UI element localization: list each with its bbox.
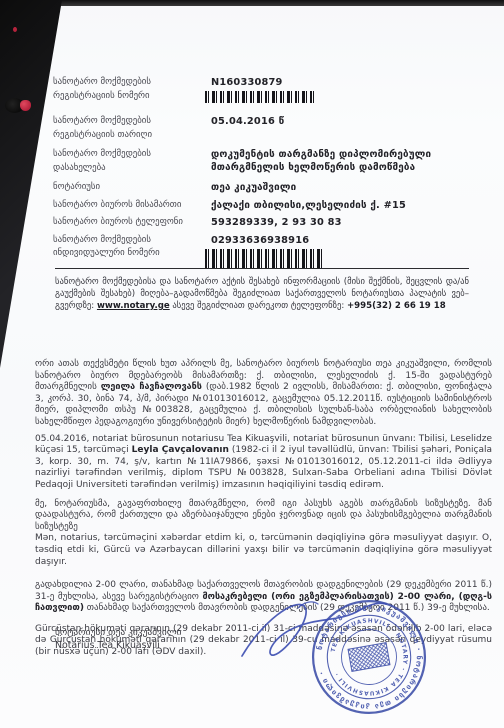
- registration-number-value: N160330879: [211, 76, 317, 89]
- registration-date-label: სანოტარო მოქმედების რეგისტრაციის თარიღი: [53, 115, 205, 142]
- notary-value: თეა კიკუაშვილი: [211, 181, 296, 194]
- individual-number-barcode: [205, 249, 323, 269]
- registration-date-value: 05.04.2016 წ: [211, 115, 284, 128]
- paragraph-georgian-attestation: ორი ათას თექვსმეტი წლის ხუთ აპრილს მე, ს…: [35, 359, 492, 429]
- verification-notice: სანოტარო მოქმედებისა და სანოტარო აქტის შ…: [55, 276, 469, 312]
- form-row-bureau-address: სანოტარო ბიუროს მისამართი ქალაქი თბილისი…: [53, 199, 483, 213]
- notary-website-link[interactable]: www.notary.ge: [97, 301, 170, 311]
- paragraph-georgian-warning: მე, ნოტარიუსმა, გავაფრთხილე მთარგმნელი, …: [35, 499, 492, 534]
- scanned-notary-document: სანოტარო მოქმედების რეგისტრაციის ნომერი …: [0, 0, 504, 728]
- form-row-bureau-phone: სანოტარო ბიუროს ტელეფონი 593289339, 2 93…: [53, 216, 483, 230]
- registration-number-label: სანოტარო მოქმედების რეგისტრაციის ნომერი: [53, 76, 205, 103]
- bureau-phone-label: სანოტარო ბიუროს ტელეფონი: [53, 216, 205, 230]
- signature-block: ნოტარიუსი თეა კიკუაშვილი Notarius Tea Ki…: [55, 627, 182, 652]
- registration-form: სანოტარო მოქმედების რეგისტრაციის ნომერი …: [53, 76, 483, 269]
- notary-name-latin: Notarius Tea Kikuaşvili: [55, 640, 182, 653]
- notary-signature: [228, 592, 403, 672]
- form-row-registration-date: სანოტარო მოქმედების რეგისტრაციის თარიღი …: [53, 115, 483, 142]
- notice-text-2: ასევე შეგიძლიათ დარეკოთ ტელეფონზე:: [170, 301, 347, 311]
- bureau-address-label: სანოტარო ბიუროს მისამართი: [53, 199, 205, 213]
- red-speck: [13, 27, 17, 32]
- translator-name-azerbaijani: Leyla Çavçalovanın: [132, 445, 229, 455]
- individual-number-value: 02933636938916: [211, 234, 323, 247]
- action-title-value: დოკუმენტის თარგმანზე დიპლომირებული მთარგ…: [211, 148, 431, 174]
- paragraph-azerbaijani-attestation: 05.04.2016, notariat bürosunun notariusu…: [35, 434, 492, 492]
- notary-name-georgian: ნოტარიუსი თეა კიკუაშვილი: [55, 627, 182, 640]
- form-row-registration-number: სანოტარო მოქმედების რეგისტრაციის ნომერი …: [53, 76, 483, 103]
- form-row-action-title: სანოტარო მოქმედების დასახელება დოკუმენტი…: [53, 148, 483, 175]
- form-row-individual-number: სანოტარო მოქმედების ინდივიდუალური ნომერი…: [53, 234, 483, 269]
- action-title-label: სანოტარო მოქმედების დასახელება: [53, 148, 205, 175]
- notice-phone: +995(32) 2 66 19 18: [347, 301, 446, 311]
- horizontal-rule: [55, 268, 469, 269]
- paragraph-azerbaijani-warning: Mən, notarius, tərcüməçini xəbərdar etdi…: [35, 533, 492, 568]
- red-pin-icon: [20, 100, 31, 111]
- translator-name-georgian: ლეილა ჩავჩალოვანს: [101, 382, 202, 392]
- form-row-notary: ნოტარიუსი თეა კიკუაშვილი: [53, 181, 483, 195]
- bureau-phone-value: 593289339, 2 93 30 83: [211, 216, 342, 229]
- bureau-address-value: ქალაქი თბილისი,ლესელიძის ქ. #15: [211, 199, 406, 212]
- scan-background-top: [0, 0, 504, 6]
- registration-number-barcode: [205, 91, 317, 103]
- individual-number-label: სანოტარო მოქმედების ინდივიდუალური ნომერი: [53, 234, 205, 261]
- notary-label: ნოტარიუსი: [53, 181, 205, 195]
